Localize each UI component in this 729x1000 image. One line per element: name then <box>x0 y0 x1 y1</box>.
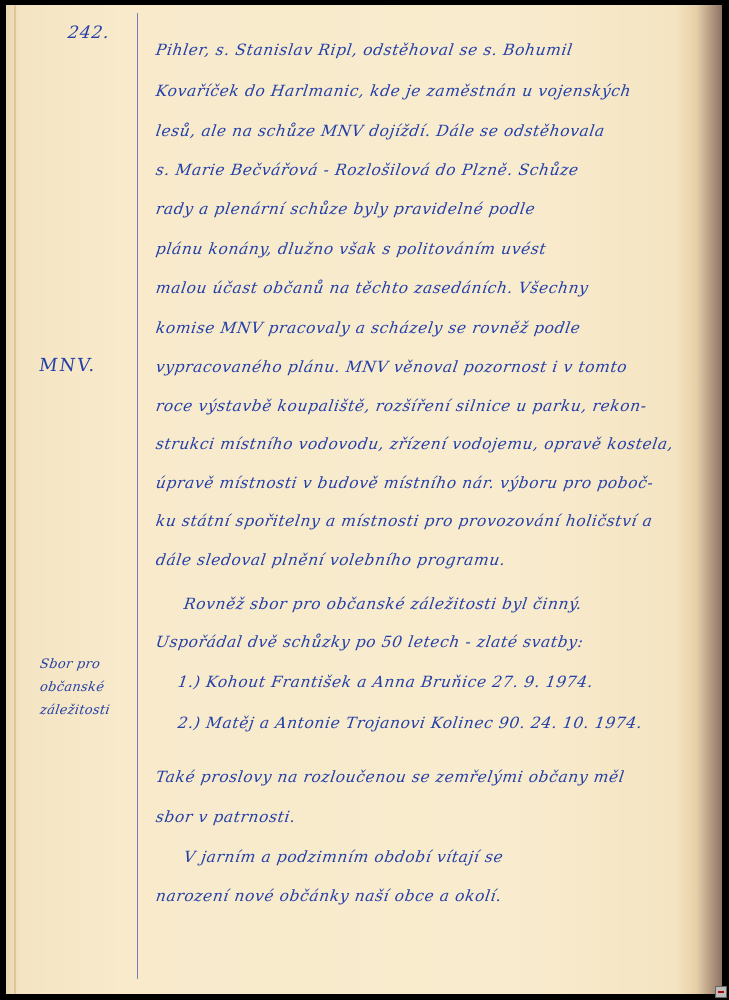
margin-note-sbor-line-2: občanské <box>39 680 105 695</box>
text-line: rady a plenární schůze byly pravidelné p… <box>155 200 537 218</box>
text-line: sbor v patrnosti. <box>155 808 297 826</box>
margin-note-sbor-line-3: záležitosti <box>39 703 111 718</box>
text-line: plánu konány, dlužno však s politováním … <box>155 240 548 258</box>
text-line: Také proslovy na rozloučenou se zemřelým… <box>155 768 626 786</box>
text-line: Rovněž sbor pro občanské záležitosti byl… <box>183 595 584 613</box>
text-line: strukci místního vodovodu, zřízení vodoj… <box>155 435 675 453</box>
text-line: narození nové občánky naší obce a okolí. <box>155 887 503 905</box>
list-item: 2.) Matěj a Antonie Trojanovi Kolinec 90… <box>177 714 644 732</box>
margin-rule <box>137 13 138 979</box>
text-line: dále sledoval plnění volebního programu. <box>155 551 507 569</box>
minimize-icon[interactable] <box>715 986 727 998</box>
text-line: komise MNV pracovaly a scházely se rovně… <box>155 319 582 337</box>
margin-note-sbor-line-1: Sbor pro <box>39 657 101 672</box>
page-number: 242. <box>67 23 112 43</box>
text-line: úpravě místnosti v budově místního nár. … <box>155 474 655 492</box>
text-line: V jarním a podzimním období vítají se <box>183 848 505 866</box>
text-line: Kovaříček do Harlmanic, kde je zaměstnán… <box>155 82 633 100</box>
text-line: Pihler, s. Stanislav Ripl, odstěhoval se… <box>155 41 574 59</box>
margin-note-mnv: MNV. <box>38 355 99 376</box>
text-line: vypracovaného plánu. MNV věnoval pozorno… <box>155 358 629 376</box>
text-line: lesů, ale na schůze MNV dojíždí. Dále se… <box>155 122 606 140</box>
text-line: malou účast občanů na těchto zasedáních.… <box>155 279 590 297</box>
text-line: s. Marie Bečvářová - Rozlošilová do Plzn… <box>155 161 580 179</box>
text-line: roce výstavbě koupaliště, rozšíření siln… <box>155 397 648 415</box>
text-line: ku státní spořitelny a místnosti pro pro… <box>155 512 654 530</box>
text-line: Uspořádal dvě schůzky po 50 letech - zla… <box>155 633 585 651</box>
notebook-page: 242. MNV. Sbor pro občanské záležitosti … <box>6 5 722 994</box>
list-item: 1.) Kohout František a Anna Bruňice 27. … <box>177 673 595 691</box>
